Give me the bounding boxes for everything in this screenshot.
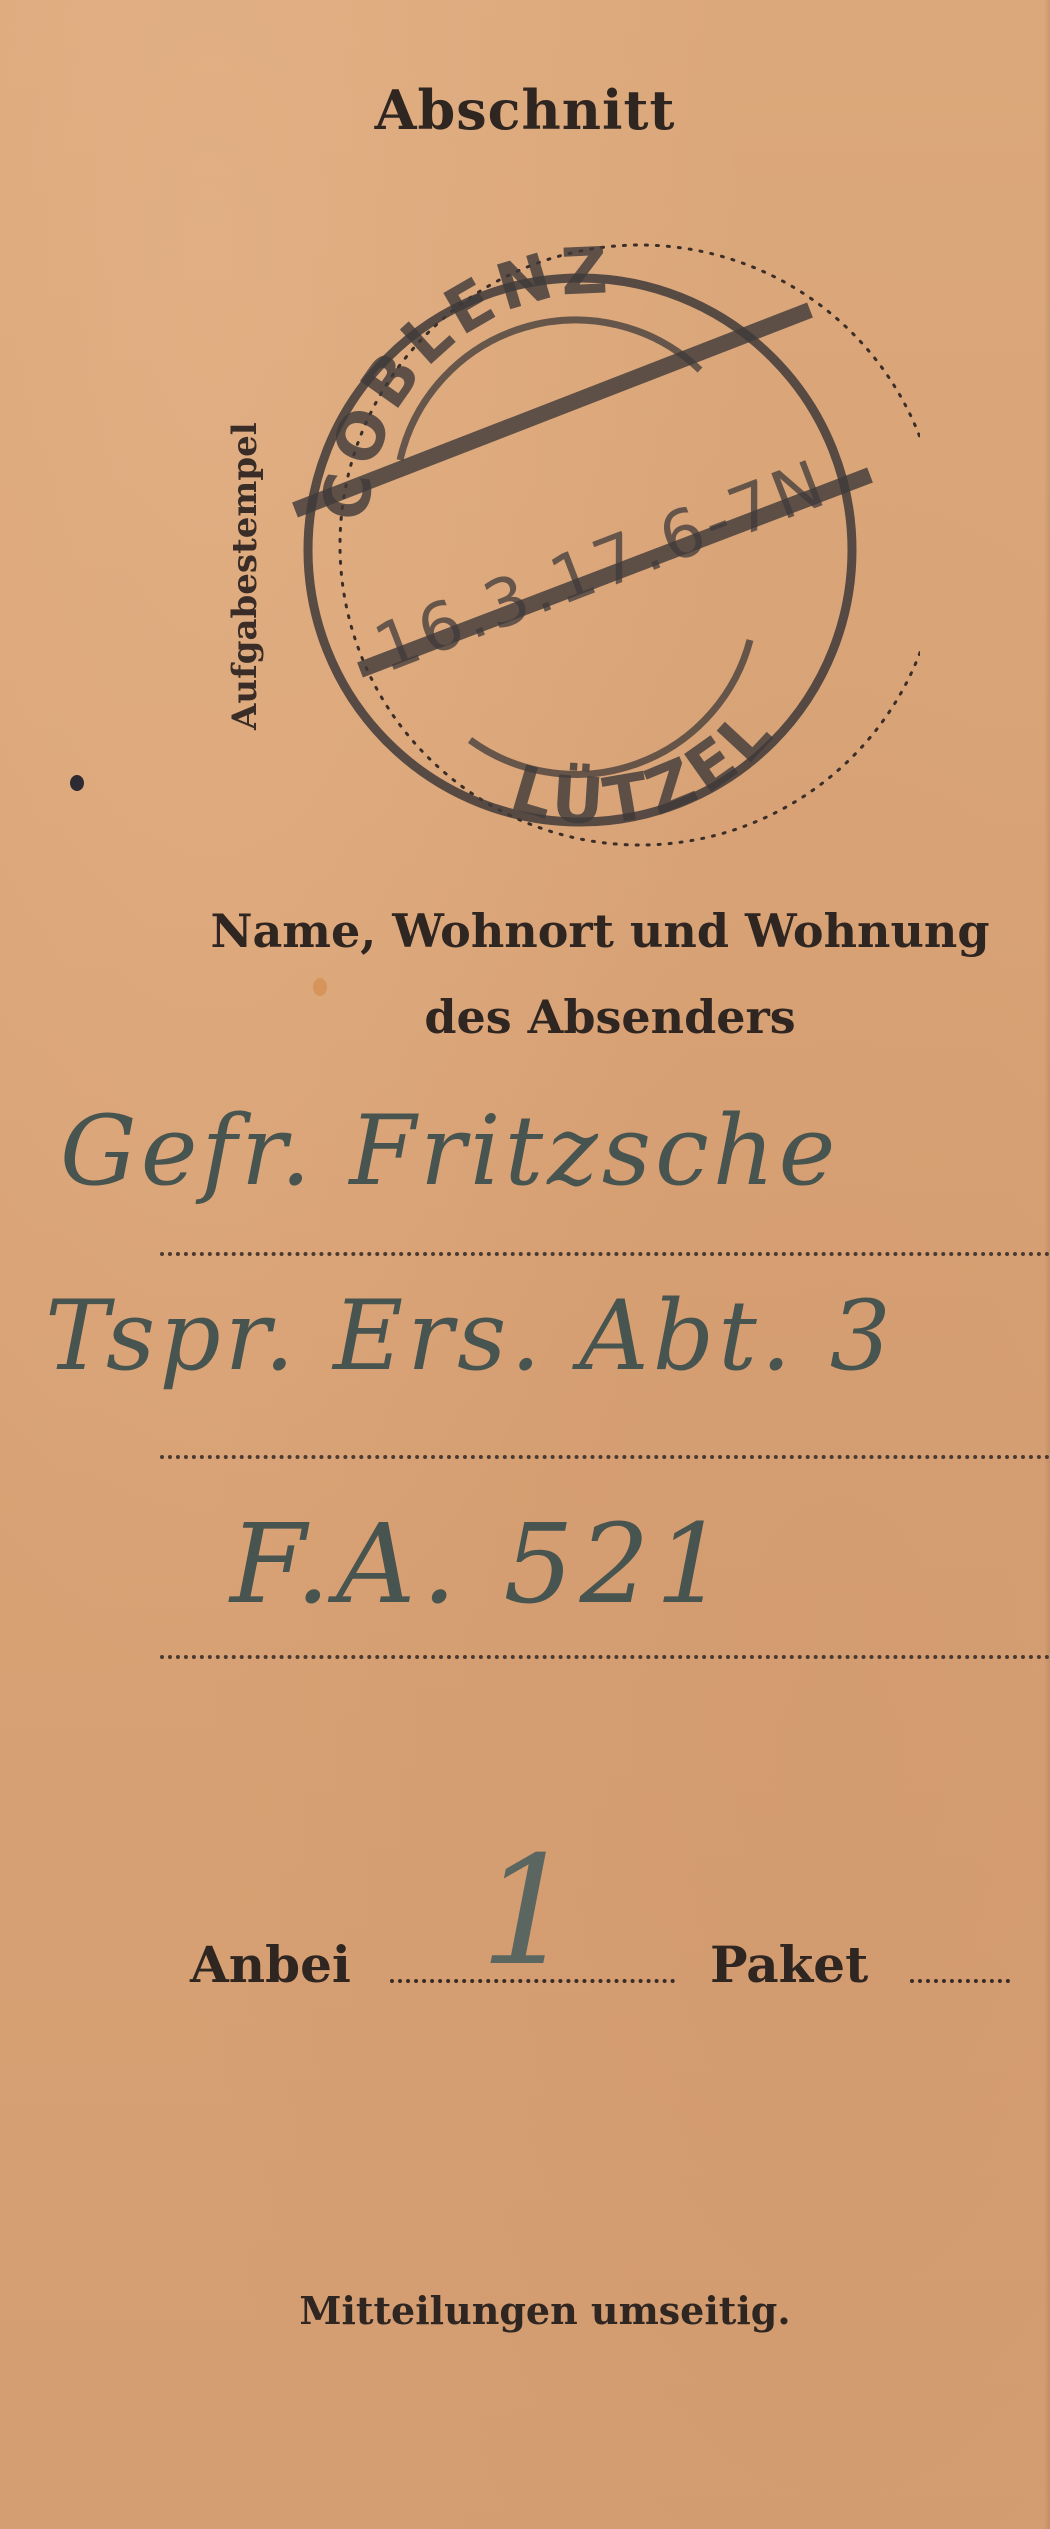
sender-field-line-1 [160,1252,1050,1256]
svg-text:LÜTZEL: LÜTZEL [503,693,790,841]
enclosure-unit-field [910,1979,1010,1983]
sender-heading-line2: des Absenders [150,974,1050,1060]
svg-text:COBLENZ: COBLENZ [309,234,615,524]
enclosure-unit-label: Paket [710,1935,868,1994]
sender-field-line-2 [160,1455,1050,1459]
ink-spot [70,775,84,791]
sender-name-handwritten: Gefr. Fritzsche [60,1095,839,1207]
document-heading: Abschnitt [0,78,1050,142]
enclosure-label: Anbei [190,1935,351,1994]
sender-heading-line1: Name, Wohnort und Wohnung [210,904,989,958]
postmark-stamp: COBLENZ LÜTZEL 16.3.17.6-7N [280,220,920,860]
sender-fieldpost-handwritten: F.A. 521 [230,1500,731,1628]
postmark-icon: COBLENZ LÜTZEL 16.3.17.6-7N [280,220,920,860]
svg-text:16.3.17.6-7N: 16.3.17.6-7N [364,444,838,687]
enclosure-count-handwritten: 1 [480,1825,575,1999]
sender-section-heading: Name, Wohnort und Wohnung des Absenders [150,888,1050,1060]
sender-unit-handwritten: Tspr. Ers. Abt. 3 [45,1280,895,1392]
footer-note: Mitteilungen umseitig. [0,2288,1050,2333]
enclosure-row: Anbei 1 Paket [190,1935,1050,2015]
stamp-field-label: Aufgabestempel [225,330,275,730]
sender-field-line-3 [160,1655,1050,1659]
paper-edge-shadow [1044,0,1050,2529]
